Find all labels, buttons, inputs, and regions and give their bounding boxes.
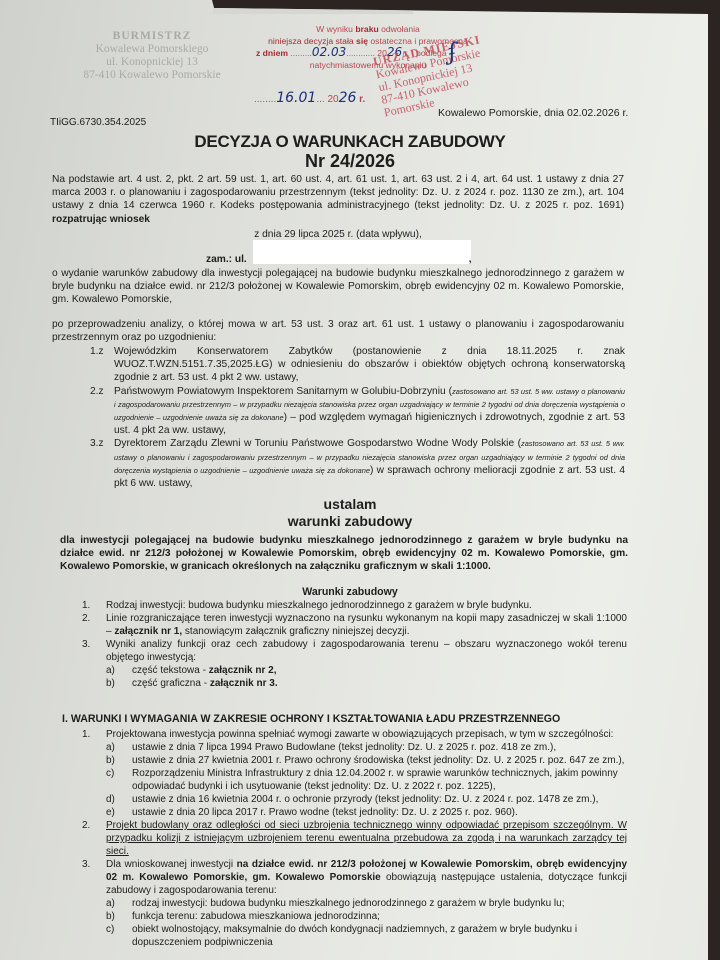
requirement-subitem: b)ustawie z dnia 27 kwietnia 2001 r. Pra…	[82, 754, 627, 767]
application-subject: o wydanie warunków zabudowy dla inwestyc…	[52, 267, 624, 307]
requirement-subitem: e)ustawie z dnia 20 lipca 2017 r. Prawo …	[82, 806, 627, 819]
agreements-list: 1.zWojewódzkim Konserwatorem Zabytków (p…	[90, 345, 625, 490]
conditions-main-heading: warunki zabudowy	[0, 513, 700, 529]
handwritten-date: 02.03	[312, 45, 346, 59]
requirement-subitem: c)Rozporządzeniu Ministra Infrastruktury…	[82, 767, 627, 793]
requirement-item: 2.Projekt budowlany oraz odległości od s…	[82, 819, 627, 858]
decision-scope: dla inwestycji polegającej na budowie bu…	[60, 534, 628, 574]
place-date: Kowalewo Pomorskie, dnia 02.02.2026 r.	[438, 107, 628, 119]
condition-subitem: a)część tekstowa - załącznik nr 2,	[82, 664, 627, 677]
conditions-heading: Warunki zabudowy	[0, 586, 700, 598]
section-i-list: 1.Projektowana inwestycja powinna spełni…	[82, 728, 627, 949]
document-title: DECYZJA O WARUNKACH ZABUDOWY	[0, 132, 700, 152]
applicant-address: zam.: ul.,	[206, 253, 506, 266]
requirement-item: 1.Projektowana inwestycja powinna spełni…	[82, 728, 627, 741]
condition-subitem: b)część graficzna - załącznik nr 3.	[82, 677, 627, 690]
mayor-stamp: BURMISTRZ Kowalewa Pomorskiego ul. Konop…	[72, 30, 232, 82]
requirement-subitem: b)funkcja terenu: zabudowa mieszkaniowa …	[82, 910, 627, 923]
condition-item: 1.Rodzaj inwestycji: budowa budynku mies…	[82, 599, 627, 612]
stamp-date-line: ........16.01... 2026 r.	[254, 90, 365, 106]
agreement-item: 1.zWojewódzkim Konserwatorem Zabytków (p…	[90, 345, 625, 385]
reference-number: TIiGG.6730.354.2025	[50, 117, 146, 128]
analysis-statement: po przeprowadzeniu analizy, o której mow…	[52, 318, 624, 344]
document-page: BURMISTRZ Kowalewa Pomorskiego ul. Konop…	[0, 0, 708, 960]
ustalam-heading: ustalam	[0, 496, 700, 512]
conditions-list: 1.Rodzaj inwestycji: budowa budynku mies…	[82, 599, 627, 690]
condition-item: 2.Linie rozgraniczające teren inwestycji…	[82, 612, 627, 638]
agreement-item: 2.zPaństwowym Powiatowym Inspektorem San…	[90, 385, 625, 438]
condition-item: 3.Wyniki analizy funkcji oraz cech zabud…	[82, 638, 627, 664]
legal-basis: Na podstawie art. 4 ust. 2, pkt. 2 art. …	[52, 173, 624, 226]
requirement-subitem: a)rodzaj inwestycji: budowa budynku mies…	[82, 897, 627, 910]
decision-number: Nr 24/2026	[0, 151, 700, 172]
requirement-subitem: c)obiekt wolnostojący, maksymalnie do dw…	[82, 923, 627, 949]
requirement-subitem: d)ustawie z dnia 16 kwietnia 2004 r. o o…	[82, 793, 627, 806]
requirement-item: 3.Dla wnioskowanej inwestycji na działce…	[82, 858, 627, 897]
section-i-heading: I. WARUNKI I WYMAGANIA W ZAKRESIE OCHRON…	[62, 713, 560, 725]
agreement-item: 3.zDyrektorem Zarządu Zlewni w Toruniu P…	[90, 437, 625, 490]
paper-fold	[213, 0, 413, 14]
requirement-subitem: a)ustawie z dnia 7 lipca 1994 Prawo Budo…	[82, 741, 627, 754]
